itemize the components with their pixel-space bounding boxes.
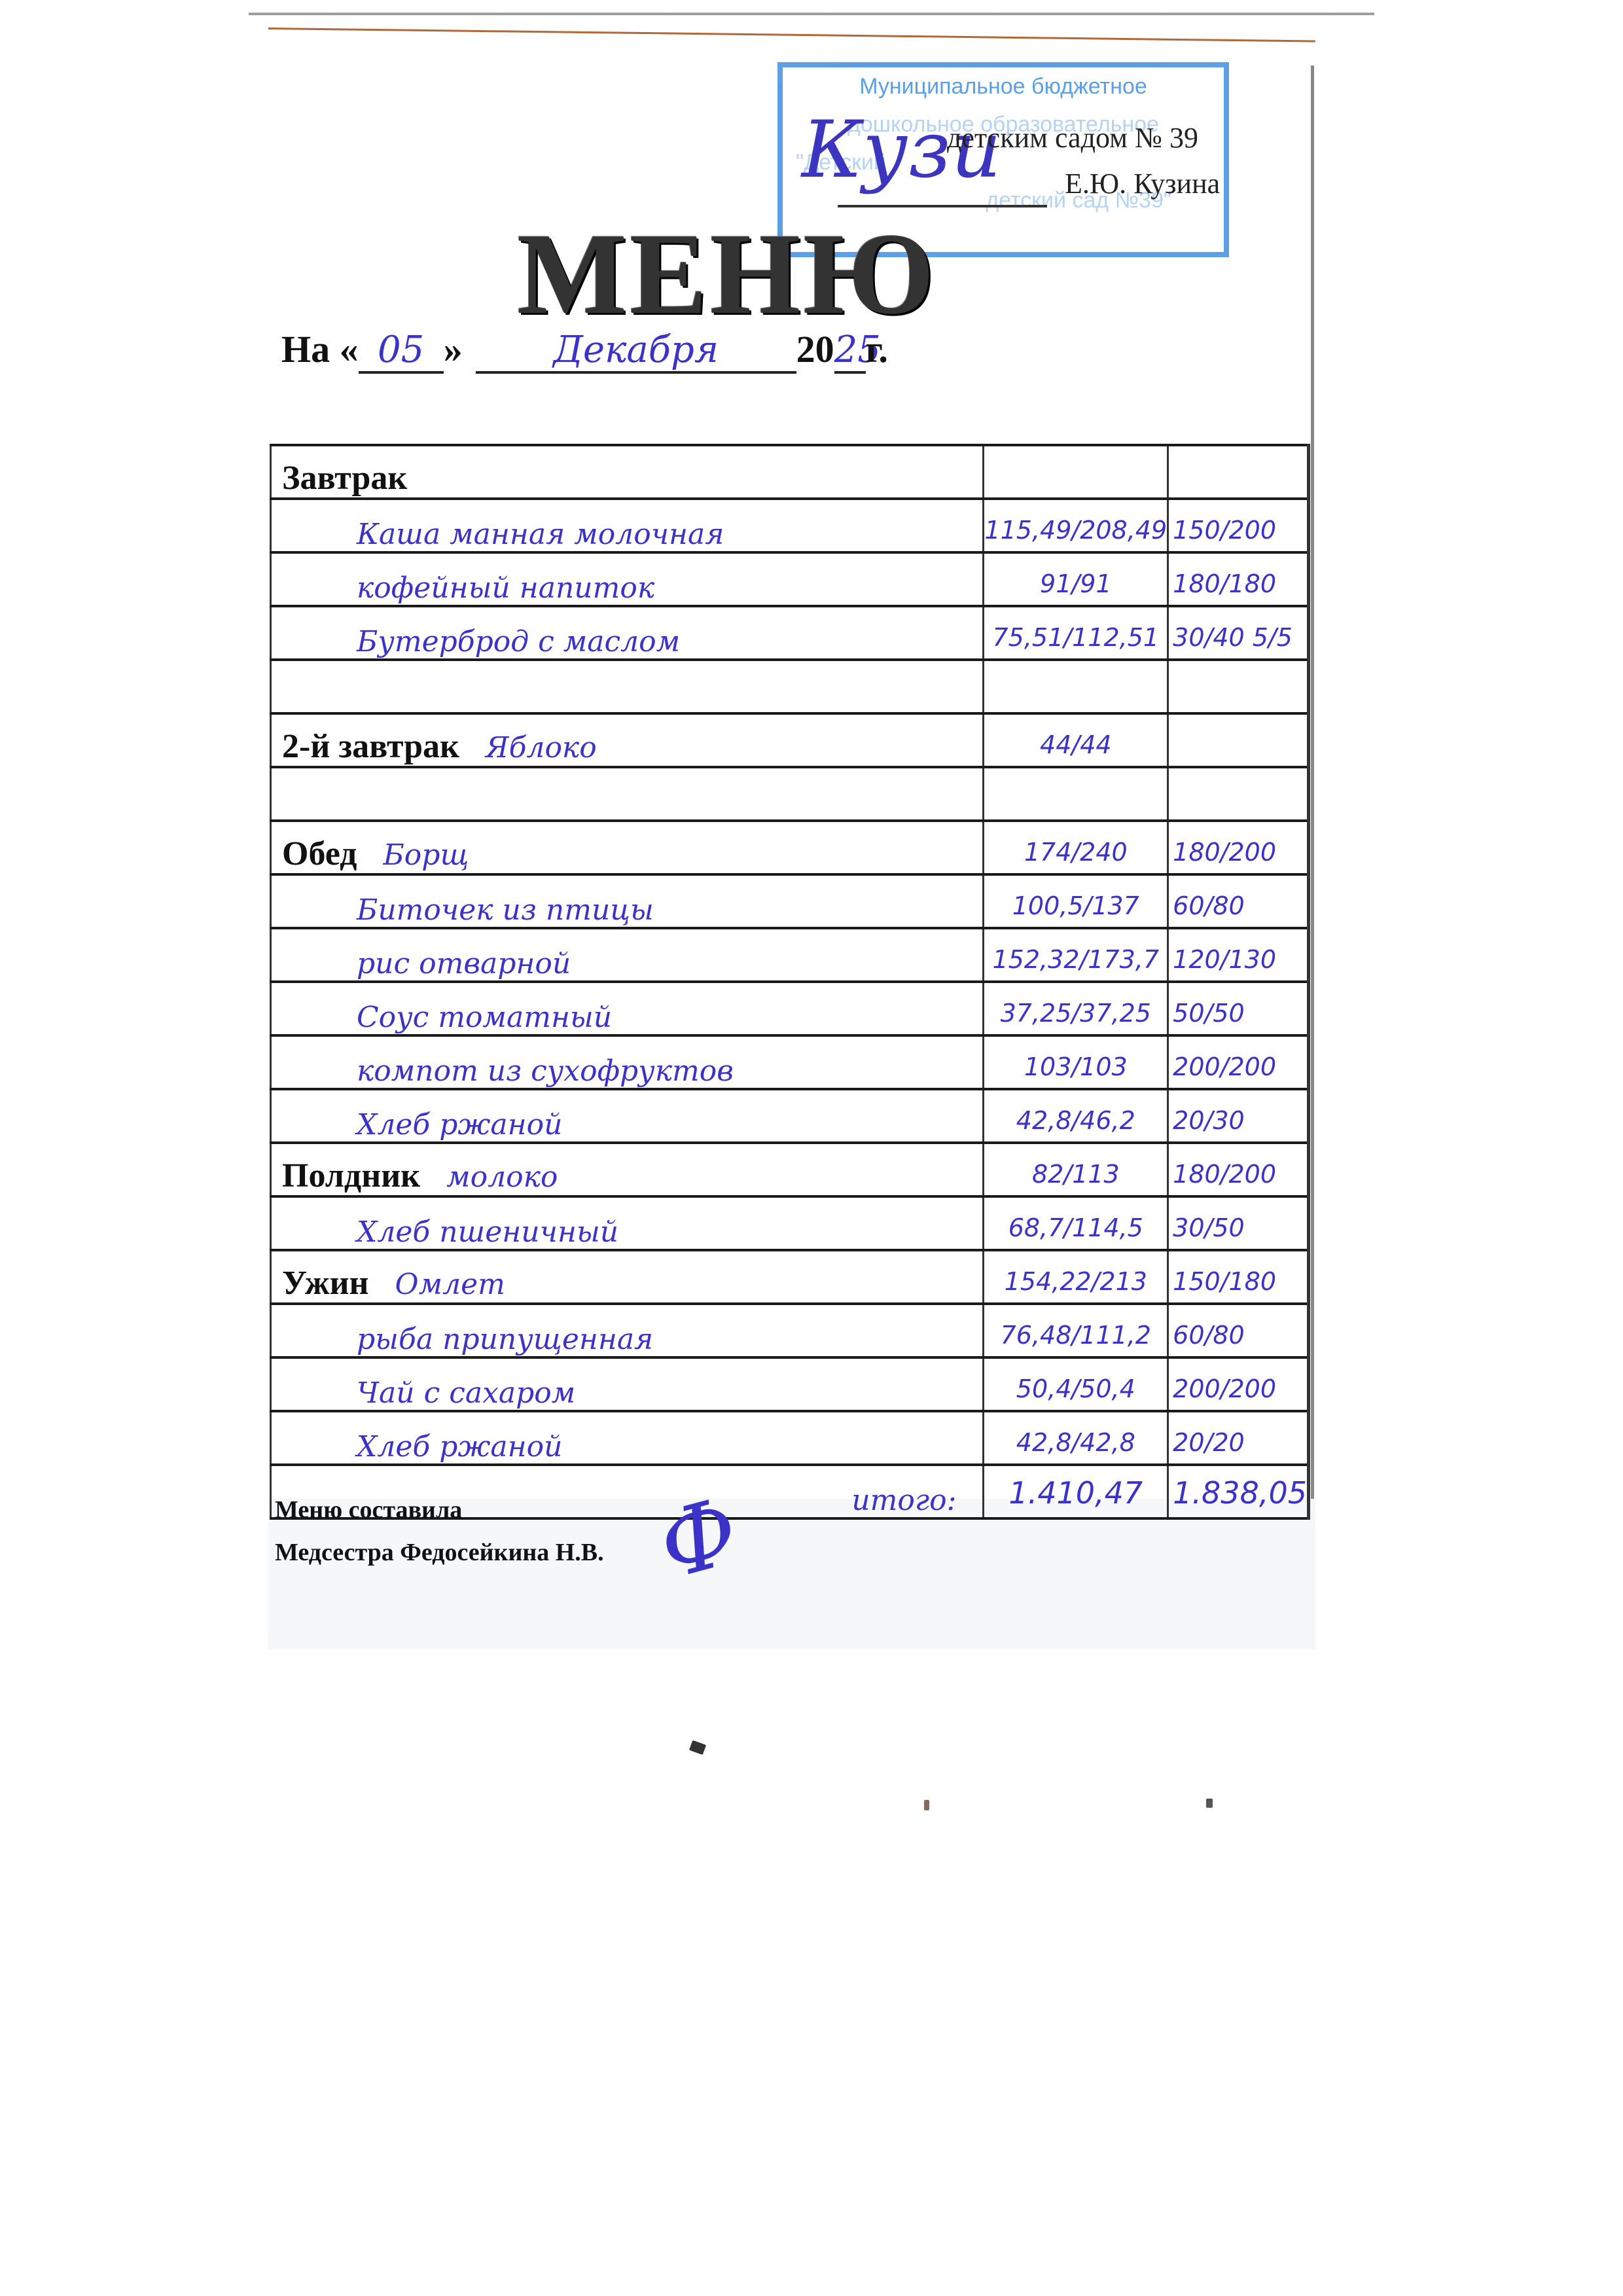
price-cell: 100,5/137: [984, 874, 1168, 928]
date-mid: »: [444, 327, 463, 371]
price-cell: 103/103: [984, 1035, 1168, 1089]
scan-speck: [689, 1740, 706, 1755]
dish-name: Хлеб пшеничный: [272, 1215, 618, 1253]
portion-value: 50/50: [1169, 999, 1307, 1034]
portion-cell: 150/180: [1168, 1250, 1309, 1304]
portion-cell: [1168, 445, 1309, 499]
price-cell: 75,51/112,51: [984, 606, 1168, 660]
portion-value: 180/200: [1169, 1160, 1307, 1195]
price-cell: [984, 445, 1168, 499]
price-value: 68,7/114,5: [984, 1213, 1167, 1249]
price-cell: 82/113: [984, 1143, 1168, 1196]
portion-value: 200/200: [1169, 1374, 1307, 1410]
price-value: 76,48/111,2: [984, 1321, 1167, 1356]
dish-name: Борщ: [357, 838, 469, 876]
table-row: Биточек из птицы100,5/13760/80: [271, 874, 1309, 928]
portion-cell: 30/50: [1168, 1196, 1309, 1250]
portion-cell: 150/200: [1168, 499, 1309, 552]
price-value: [984, 706, 1167, 712]
price-value: 91/91: [984, 569, 1167, 605]
price-cell: 154,22/213: [984, 1250, 1168, 1304]
portion-cell: 120/130: [1168, 928, 1309, 982]
table-row: ОбедБорщ174/240180/200: [271, 821, 1309, 874]
dish-cell: Полдникмолоко: [271, 1143, 984, 1196]
menu-date: На «05»Декабря2025г.: [281, 327, 888, 374]
price-cell: 152,32/173,7: [984, 928, 1168, 982]
dish-name: рис отварной: [272, 947, 571, 984]
dish-cell: Каша манная молочная: [271, 499, 984, 552]
table-row: рис отварной152,32/173,7120/130: [271, 928, 1309, 982]
table-row: [271, 660, 1309, 713]
dish-cell: [271, 660, 984, 713]
dish-cell: Соус томатный: [271, 982, 984, 1035]
price-value: [984, 813, 1167, 819]
dish-cell: Хлеб пшеничный: [271, 1196, 984, 1250]
dish-cell: [271, 767, 984, 821]
price-value: 103/103: [984, 1052, 1167, 1088]
dish-cell: кофейный напиток: [271, 552, 984, 606]
dish-cell: Бутерброд с маслом: [271, 606, 984, 660]
dish-name: Бутерброд с маслом: [272, 625, 680, 662]
composed-by-label: Меню составила: [275, 1496, 462, 1524]
top-border-line: [268, 27, 1315, 43]
price-cell: 68,7/114,5: [984, 1196, 1168, 1250]
price-value: 115,49/208,49: [984, 516, 1167, 551]
dish-cell: рыба припущенная: [271, 1304, 984, 1357]
price-cell: 42,8/46,2: [984, 1089, 1168, 1143]
dish-cell: Завтрак: [271, 445, 984, 499]
meal-label: 2-й завтрак: [272, 727, 459, 766]
price-cell: 50,4/50,4: [984, 1357, 1168, 1411]
price-cell: 76,48/111,2: [984, 1304, 1168, 1357]
portion-value: [1169, 813, 1307, 819]
meal-label: Обед: [272, 834, 357, 873]
price-value: 50,4/50,4: [984, 1374, 1167, 1410]
price-value: 42,8/46,2: [984, 1106, 1167, 1141]
scan-edge-shadow: [249, 12, 1374, 16]
portion-cell: 50/50: [1168, 982, 1309, 1035]
price-value: 154,22/213: [984, 1267, 1167, 1302]
portion-cell: 200/200: [1168, 1035, 1309, 1089]
portion-value: 30/40 5/5: [1169, 623, 1307, 658]
portion-value: 200/200: [1169, 1052, 1307, 1088]
price-value: [984, 491, 1167, 497]
table-row: Соус томатный37,25/37,2550/50: [271, 982, 1309, 1035]
table-row: компот из сухофруктов103/103200/200: [271, 1035, 1309, 1089]
total-portion-cell: 1.838,05: [1168, 1465, 1309, 1518]
dish-cell: 2-й завтракЯблоко: [271, 713, 984, 767]
dish-cell: Хлеб ржаной: [271, 1089, 984, 1143]
dish-cell: Хлеб ржаной: [271, 1411, 984, 1465]
portion-value: [1169, 706, 1307, 712]
price-cell: 115,49/208,49: [984, 499, 1168, 552]
portion-cell: 60/80: [1168, 1304, 1309, 1357]
portion-cell: [1168, 767, 1309, 821]
portion-cell: 30/40 5/5: [1168, 606, 1309, 660]
total-price: 1.410,47: [984, 1475, 1167, 1517]
price-value: 174/240: [984, 838, 1167, 873]
dish-cell: Биточек из птицы: [271, 874, 984, 928]
stamp-line: Муниципальное бюджетное: [783, 67, 1224, 105]
table-row: Хлеб ржаной42,8/42,820/20: [271, 1411, 1309, 1465]
table-row: Каша манная молочная115,49/208,49150/200: [271, 499, 1309, 552]
table-row: рыба припущенная76,48/111,260/80: [271, 1304, 1309, 1357]
nurse-name: Медсестра Федосейкина Н.В.: [275, 1538, 604, 1567]
page-title: МЕНЮ: [517, 206, 937, 341]
portion-cell: 60/80: [1168, 874, 1309, 928]
portion-value: 30/50: [1169, 1213, 1307, 1249]
total-portion: 1.838,05: [1169, 1475, 1307, 1517]
price-cell: 37,25/37,25: [984, 982, 1168, 1035]
price-cell: 42,8/42,8: [984, 1411, 1168, 1465]
portion-value: 150/180: [1169, 1267, 1307, 1302]
dish-cell: Чай с сахаром: [271, 1357, 984, 1411]
dish-name: рыба припущенная: [272, 1323, 653, 1360]
dish-name: Чай с сахаром: [272, 1376, 575, 1414]
price-cell: [984, 660, 1168, 713]
menu-table: ЗавтракКаша манная молочная115,49/208,49…: [270, 444, 1310, 1520]
price-cell: 91/91: [984, 552, 1168, 606]
portion-cell: 180/200: [1168, 1143, 1309, 1196]
price-value: 44/44: [984, 730, 1167, 766]
dish-name: Хлеб ржаной: [272, 1108, 562, 1145]
price-cell: [984, 767, 1168, 821]
total-label: итого:: [851, 1484, 982, 1521]
table-row: Хлеб ржаной42,8/46,220/30: [271, 1089, 1309, 1143]
date-day: 05: [359, 329, 444, 374]
portion-cell: 20/30: [1168, 1089, 1309, 1143]
table-row: кофейный напиток91/91180/180: [271, 552, 1309, 606]
meal-label: Завтрак: [272, 459, 407, 497]
dish-name: кофейный напиток: [272, 571, 654, 609]
portion-cell: 20/20: [1168, 1411, 1309, 1465]
dish-name: Соус томатный: [272, 1001, 612, 1038]
price-value: 100,5/137: [984, 891, 1167, 927]
portion-value: 20/20: [1169, 1428, 1307, 1463]
portion-cell: 180/180: [1168, 552, 1309, 606]
portion-cell: 180/200: [1168, 821, 1309, 874]
portion-value: [1169, 759, 1307, 766]
table-row: Бутерброд с маслом75,51/112,5130/40 5/5: [271, 606, 1309, 660]
dish-name: молоко: [420, 1160, 558, 1198]
date-suffix: г.: [866, 327, 888, 371]
meal-label: Ужин: [272, 1264, 369, 1302]
table-row: 2-й завтракЯблоко44/44: [271, 713, 1309, 767]
dish-cell: ОбедБорщ: [271, 821, 984, 874]
portion-value: 20/30: [1169, 1106, 1307, 1141]
portion-value: 60/80: [1169, 891, 1307, 927]
date-year-prefix: 20: [796, 327, 834, 371]
portion-value: 120/130: [1169, 945, 1307, 980]
dish-name: Биточек из птицы: [272, 893, 654, 931]
dish-name: Яблоко: [459, 731, 597, 768]
total-price-cell: 1.410,47: [984, 1465, 1168, 1518]
menu-table-body: ЗавтракКаша манная молочная115,49/208,49…: [271, 445, 1309, 1518]
approval-line-2: Е.Ю. Кузина: [1065, 167, 1220, 200]
dish-cell: УжинОмлет: [271, 1250, 984, 1304]
portion-cell: [1168, 713, 1309, 767]
date-year-suffix: 25: [834, 329, 866, 374]
table-row: Полдникмолоко82/113180/200: [271, 1143, 1309, 1196]
table-row: Завтрак: [271, 445, 1309, 499]
dish-cell: рис отварной: [271, 928, 984, 982]
portion-value: [1169, 491, 1307, 497]
table-row: [271, 767, 1309, 821]
page-right-edge: [1311, 65, 1314, 1590]
portion-value: 180/180: [1169, 569, 1307, 605]
dish-name: компот из сухофруктов: [272, 1054, 734, 1092]
scan-speck: [1206, 1799, 1213, 1808]
scan-speck: [924, 1800, 929, 1810]
dish-name: Омлет: [369, 1268, 505, 1305]
price-value: 75,51/112,51: [984, 623, 1167, 658]
date-month: Декабря: [476, 329, 796, 374]
table-row: Хлеб пшеничный68,7/114,530/50: [271, 1196, 1309, 1250]
price-value: 37,25/37,25: [984, 999, 1167, 1034]
dish-cell: компот из сухофруктов: [271, 1035, 984, 1089]
portion-cell: [1168, 660, 1309, 713]
table-row: Чай с сахаром50,4/50,4200/200: [271, 1357, 1309, 1411]
table-row: УжинОмлет154,22/213150/180: [271, 1250, 1309, 1304]
price-value: 42,8/42,8: [984, 1428, 1167, 1463]
dish-name: Каша манная молочная: [272, 518, 724, 555]
meal-label: Полдник: [272, 1157, 420, 1195]
price-cell: 174/240: [984, 821, 1168, 874]
price-value: 82/113: [984, 1160, 1167, 1195]
approval-line-1: детским садом № 39: [947, 121, 1198, 154]
dish-name: Хлеб ржаной: [272, 1430, 562, 1467]
portion-cell: 200/200: [1168, 1357, 1309, 1411]
date-prefix: На «: [281, 327, 359, 371]
portion-value: 60/80: [1169, 1321, 1307, 1356]
portion-value: 150/200: [1169, 516, 1307, 551]
price-cell: 44/44: [984, 713, 1168, 767]
price-value: 152,32/173,7: [984, 945, 1167, 980]
portion-value: 180/200: [1169, 838, 1307, 873]
